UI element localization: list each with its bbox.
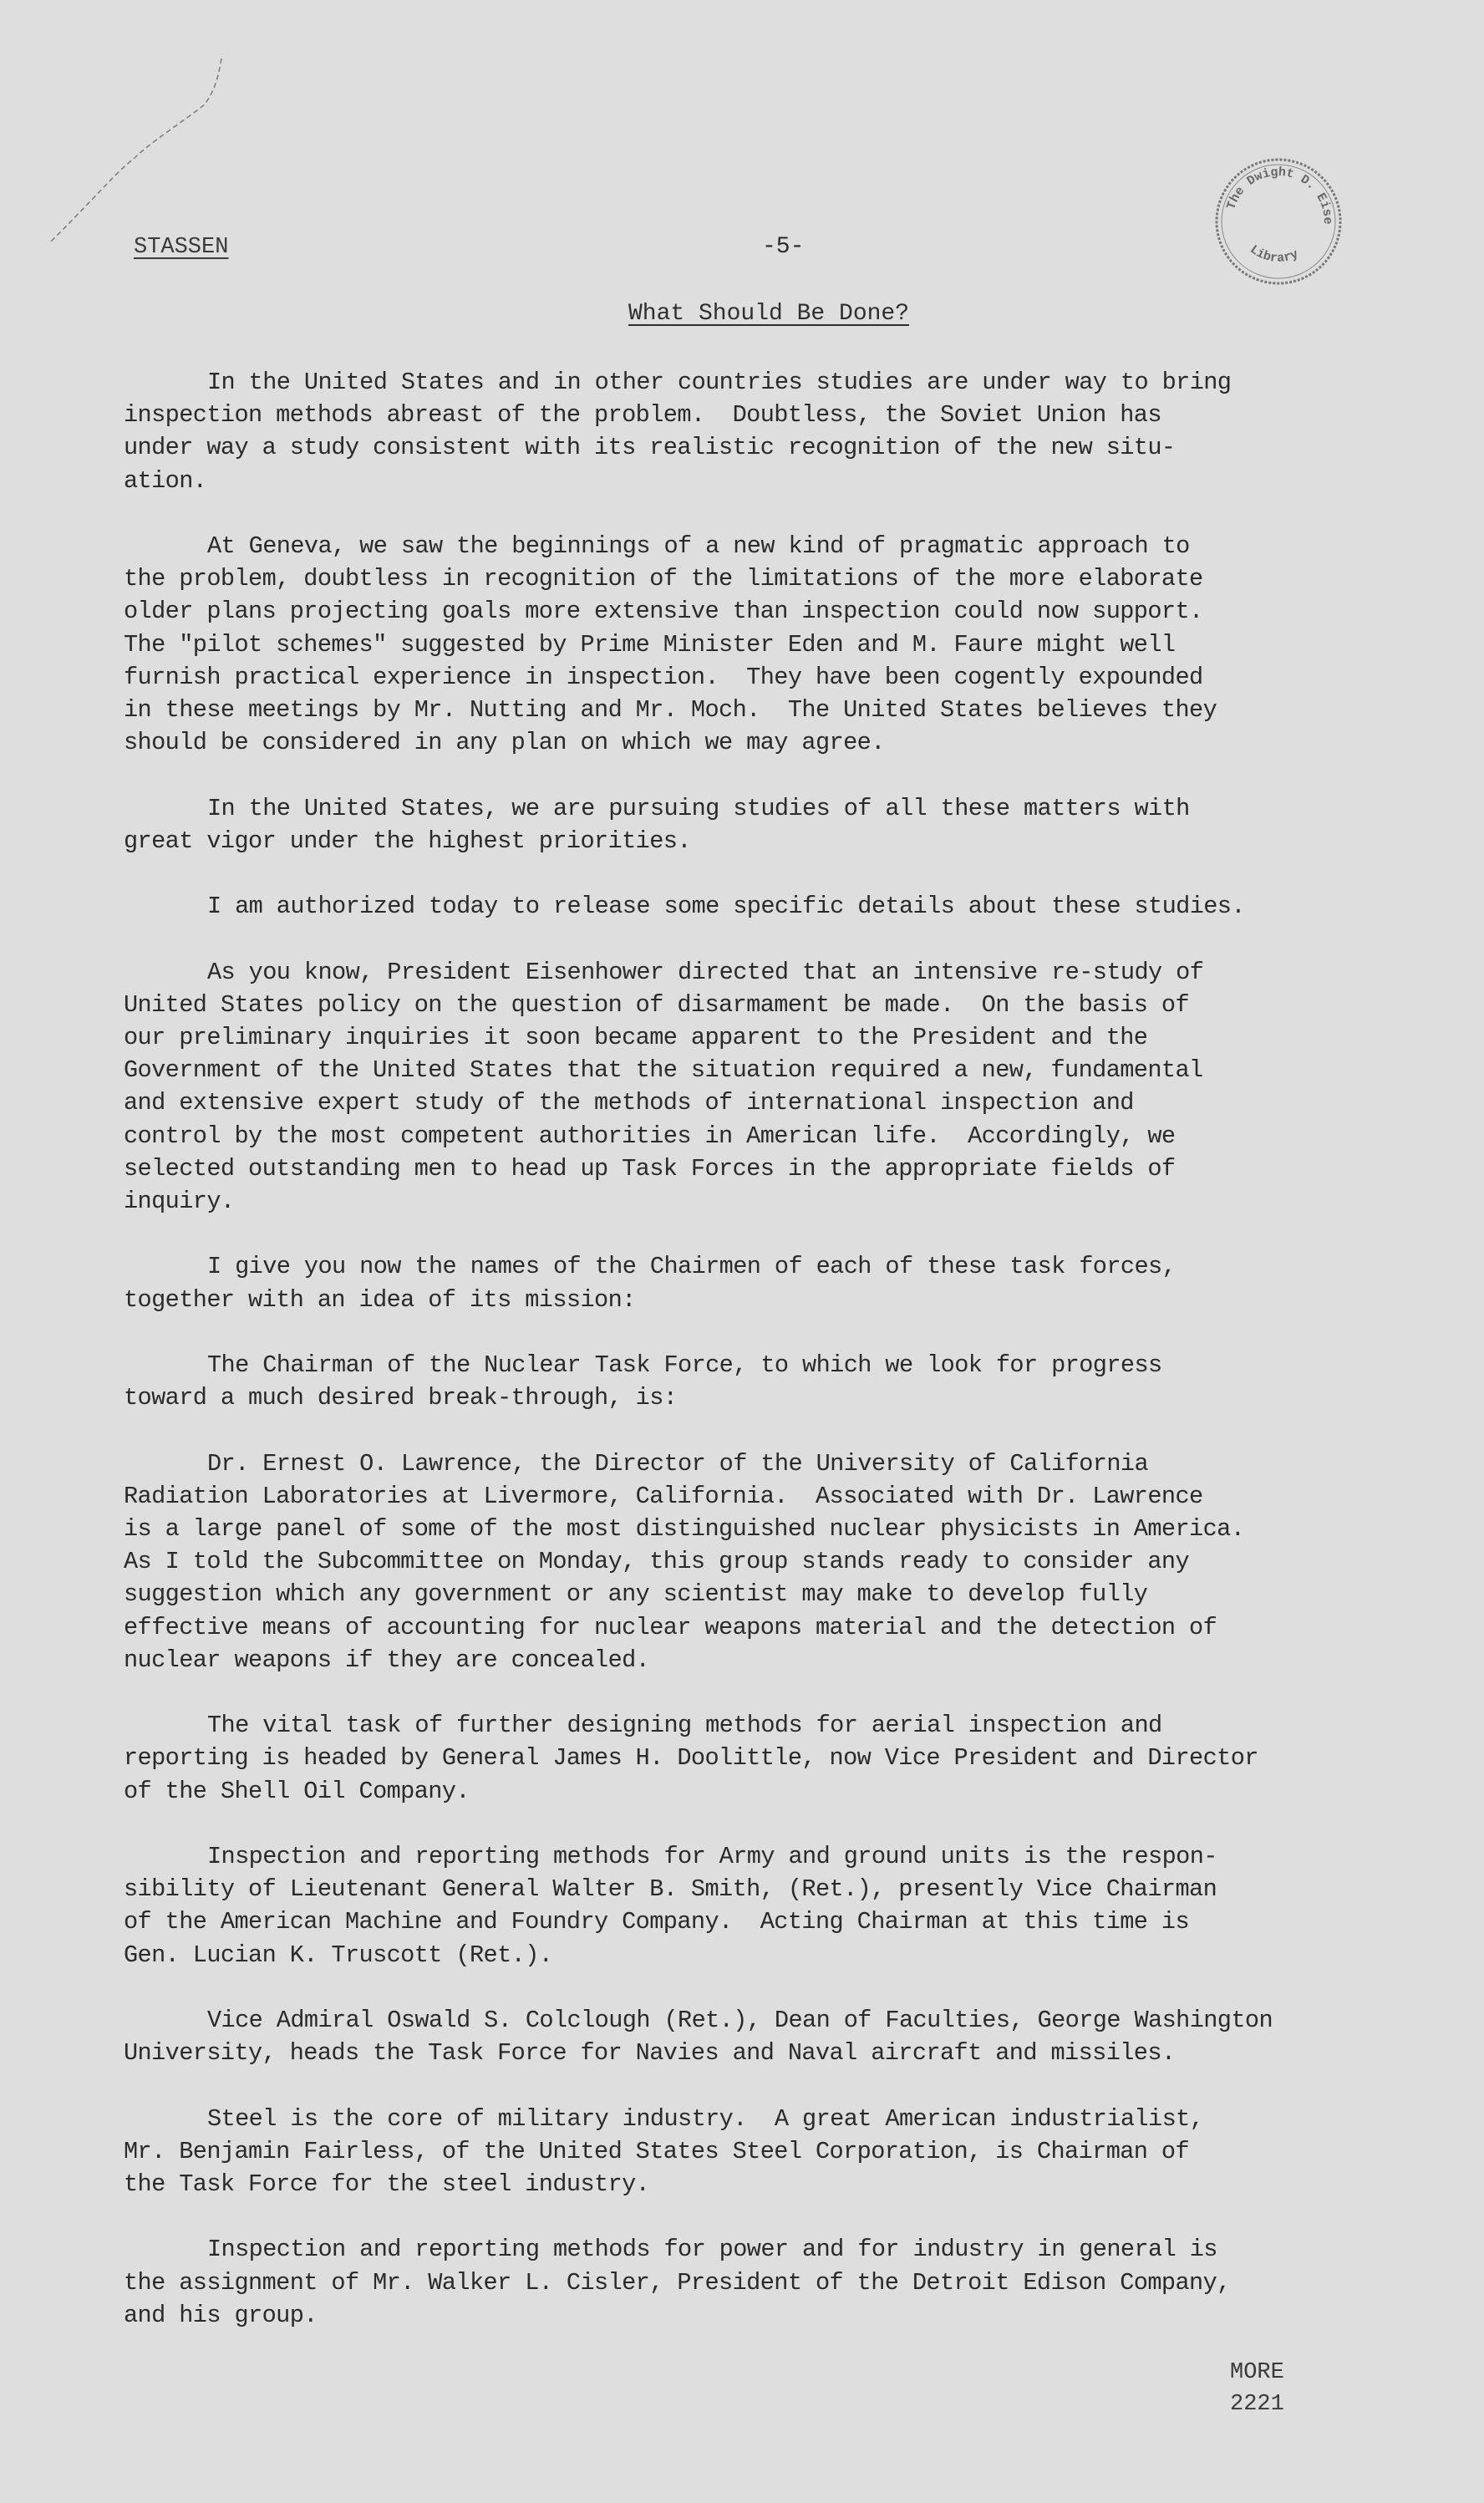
text-line: under way a study consistent with its re… bbox=[124, 431, 1461, 464]
text-line: together with an idea of its mission: bbox=[124, 1284, 1461, 1316]
paragraph: The Chairman of the Nuclear Task Force, … bbox=[124, 1349, 1461, 1414]
text-line: Dr. Ernest O. Lawrence, the Director of … bbox=[124, 1447, 1461, 1480]
text-line: In the United States and in other countr… bbox=[124, 366, 1461, 399]
text-line: As you know, President Eisenhower direct… bbox=[124, 956, 1461, 989]
paragraph: In the United States, we are pursuing st… bbox=[124, 792, 1461, 857]
paragraph: Dr. Ernest O. Lawrence, the Director of … bbox=[124, 1447, 1461, 1676]
text-line: I give you now the names of the Chairmen… bbox=[124, 1250, 1461, 1283]
text-line: is a large panel of some of the most dis… bbox=[124, 1513, 1461, 1545]
paragraph: Vice Admiral Oswald S. Colclough (Ret.),… bbox=[124, 2004, 1461, 2069]
paragraph: Inspection and reporting methods for pow… bbox=[124, 2233, 1461, 2332]
text-line: The vital task of further designing meth… bbox=[124, 1709, 1461, 1742]
text-line: the problem, doubtless in recognition of… bbox=[124, 562, 1461, 595]
paragraph: I am authorized today to release some sp… bbox=[124, 890, 1461, 923]
text-line: suggestion which any government or any s… bbox=[124, 1578, 1461, 1610]
text-line: inquiry. bbox=[124, 1185, 1461, 1218]
text-line: Gen. Lucian K. Truscott (Ret.). bbox=[124, 1939, 1461, 1971]
document-body: In the United States and in other countr… bbox=[124, 366, 1461, 2364]
text-line: should be considered in any plan on whic… bbox=[124, 726, 1461, 759]
text-line: Inspection and reporting methods for pow… bbox=[124, 2233, 1461, 2266]
text-line: in these meetings by Mr. Nutting and Mr.… bbox=[124, 694, 1461, 726]
text-line: The "pilot schemes" suggested by Prime M… bbox=[124, 628, 1461, 661]
text-line: toward a much desired break-through, is: bbox=[124, 1381, 1461, 1414]
text-line: I am authorized today to release some sp… bbox=[124, 890, 1461, 923]
text-line: of the Shell Oil Company. bbox=[124, 1775, 1461, 1808]
paragraph: I give you now the names of the Chairmen… bbox=[124, 1250, 1461, 1315]
text-line: In the United States, we are pursuing st… bbox=[124, 792, 1461, 825]
text-line: the assignment of Mr. Walker L. Cisler, … bbox=[124, 2266, 1461, 2299]
page-footer: MORE 2221 bbox=[1230, 2357, 1284, 2420]
header-author: STASSEN bbox=[134, 235, 228, 260]
svg-text:Library: Library bbox=[1247, 242, 1300, 266]
text-line: reporting is headed by General James H. … bbox=[124, 1742, 1461, 1774]
text-line: University, heads the Task Force for Nav… bbox=[124, 2037, 1461, 2069]
text-line: Steel is the core of military industry. … bbox=[124, 2103, 1461, 2135]
stray-pen-mark bbox=[50, 25, 234, 242]
text-line: and his group. bbox=[124, 2299, 1461, 2332]
text-line: Inspection and reporting methods for Arm… bbox=[124, 1840, 1461, 1873]
text-line: and extensive expert study of the method… bbox=[124, 1086, 1461, 1119]
svg-text:The Dwight D. Eisenhower: The Dwight D. Eisenhower bbox=[1207, 150, 1334, 225]
text-line: sibility of Lieutenant General Walter B.… bbox=[124, 1873, 1461, 1905]
text-line: United States policy on the question of … bbox=[124, 989, 1461, 1021]
text-line: furnish practical experience in inspecti… bbox=[124, 661, 1461, 694]
paragraph: At Geneva, we saw the beginnings of a ne… bbox=[124, 530, 1461, 759]
text-line: nuclear weapons if they are concealed. bbox=[124, 1644, 1461, 1676]
paragraph: As you know, President Eisenhower direct… bbox=[124, 956, 1461, 1218]
text-line: selected outstanding men to head up Task… bbox=[124, 1152, 1461, 1185]
document-code: 2221 bbox=[1230, 2389, 1284, 2420]
text-line: inspection methods abreast of the proble… bbox=[124, 399, 1461, 431]
section-title: What Should Be Done? bbox=[0, 301, 1484, 327]
text-line: great vigor under the highest priorities… bbox=[124, 825, 1461, 857]
text-line: control by the most competent authoritie… bbox=[124, 1120, 1461, 1152]
text-line: Vice Admiral Oswald S. Colclough (Ret.),… bbox=[124, 2004, 1461, 2037]
text-line: As I told the Subcommittee on Monday, th… bbox=[124, 1545, 1461, 1578]
text-line: of the American Machine and Foundry Comp… bbox=[124, 1905, 1461, 1938]
paragraph: In the United States and in other countr… bbox=[124, 366, 1461, 497]
more-marker: MORE bbox=[1230, 2357, 1284, 2389]
text-line: Government of the United States that the… bbox=[124, 1054, 1461, 1086]
text-line: At Geneva, we saw the beginnings of a ne… bbox=[124, 530, 1461, 562]
text-line: our preliminary inquiries it soon became… bbox=[124, 1021, 1461, 1054]
text-line: Radiation Laboratories at Livermore, Cal… bbox=[124, 1480, 1461, 1513]
paragraph: Inspection and reporting methods for Arm… bbox=[124, 1840, 1461, 1971]
paragraph: Steel is the core of military industry. … bbox=[124, 2103, 1461, 2201]
document-page: STASSEN -5- The Dwight D. Eisenhower Lib… bbox=[0, 0, 1484, 2503]
text-line: effective means of accounting for nuclea… bbox=[124, 1611, 1461, 1644]
paragraph: The vital task of further designing meth… bbox=[124, 1709, 1461, 1808]
text-line: the Task Force for the steel industry. bbox=[124, 2168, 1461, 2200]
text-line: Mr. Benjamin Fairless, of the United Sta… bbox=[124, 2135, 1461, 2168]
text-line: ation. bbox=[124, 465, 1461, 497]
library-stamp-icon: The Dwight D. Eisenhower Library bbox=[1207, 150, 1349, 293]
text-line: The Chairman of the Nuclear Task Force, … bbox=[124, 1349, 1461, 1381]
page-number: -5- bbox=[762, 234, 804, 260]
text-line: older plans projecting goals more extens… bbox=[124, 595, 1461, 628]
